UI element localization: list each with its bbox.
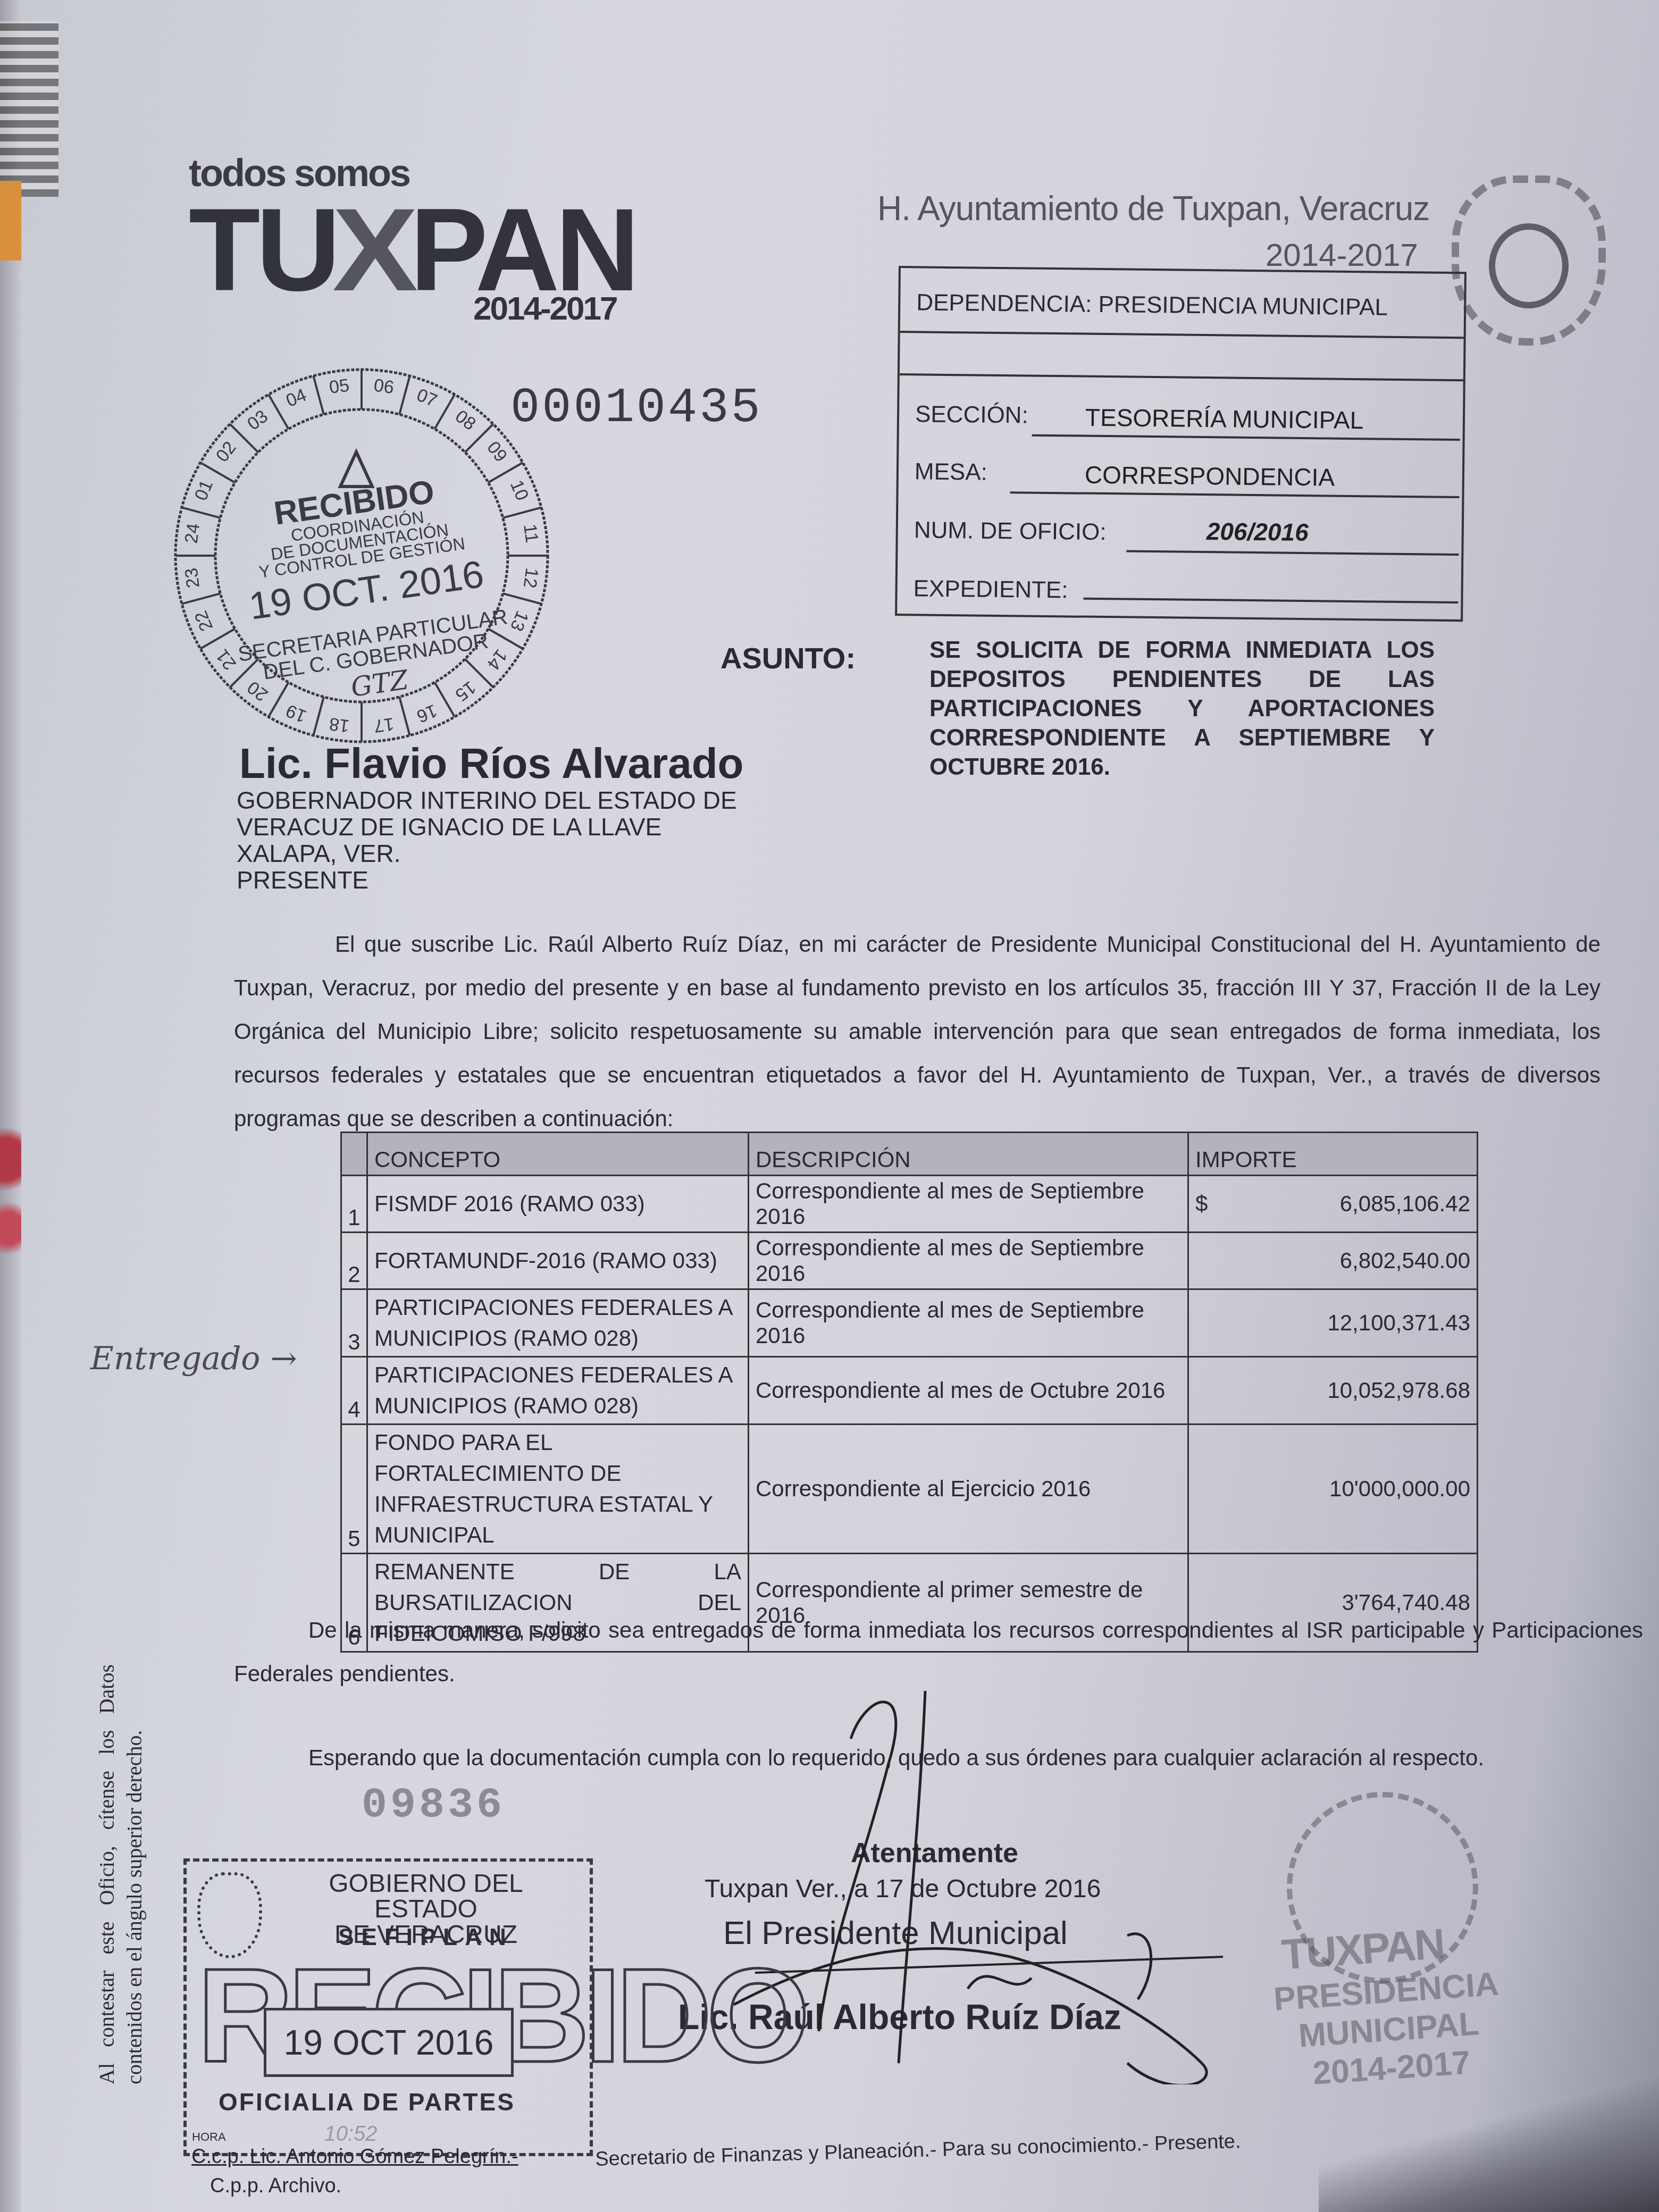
stamp-hour-label: 24 bbox=[181, 522, 204, 544]
coat-of-arms-shield-icon bbox=[1489, 223, 1569, 308]
sefiplan-received-stamp: GOBIERNO DEL ESTADO DE VERACRUZ SEFIPLAN… bbox=[183, 1858, 593, 2156]
stamp-hour-label: 21 bbox=[212, 646, 240, 674]
resources-table: CONCEPTO DESCRIPCIÓN IMPORTE 1FISMDF 201… bbox=[340, 1132, 1478, 1653]
qr-code-fragment bbox=[0, 21, 58, 197]
page-fold-shadow bbox=[1319, 2074, 1659, 2212]
row-number: 1 bbox=[341, 1176, 367, 1233]
row-concepto: FISMDF 2016 (RAMO 033) bbox=[367, 1176, 749, 1233]
addressee-title: GOBERNADOR INTERINO DEL ESTADO DE bbox=[237, 787, 737, 814]
dependencia-label: DEPENDENCIA: bbox=[916, 289, 1092, 317]
header-importe: IMPORTE bbox=[1188, 1133, 1478, 1176]
addressee-state: VERACUZ DE IGNACIO DE LA LLAVE bbox=[237, 814, 737, 840]
addressee-name: Lic. Flavio Ríos Alvarado bbox=[239, 739, 743, 788]
hora-value: 10:52 bbox=[324, 2122, 377, 2146]
dependencia-row: DEPENDENCIA: PRESIDENCIA MUNICIPAL bbox=[916, 289, 1480, 322]
header-descripcion: DESCRIPCIÓN bbox=[749, 1133, 1188, 1176]
logo-x-bird-icon: X bbox=[332, 191, 414, 308]
amount-value: 6,085,106.42 bbox=[1340, 1191, 1470, 1216]
row-descripcion: Correspondiente al mes de Septiembre 201… bbox=[749, 1233, 1188, 1289]
stamp-gov-line1: GOBIERNO DEL ESTADO bbox=[277, 1871, 575, 1922]
expediente-label: EXPEDIENTE: bbox=[913, 575, 1477, 608]
table-row: 1FISMDF 2016 (RAMO 033)Correspondiente a… bbox=[341, 1176, 1478, 1233]
row-concepto: PARTICIPACIONES FEDERALES A MUNICIPIOS (… bbox=[367, 1357, 749, 1425]
receipt-number-stamp: 09836 bbox=[362, 1781, 505, 1830]
row-importe: $6,085,106.42 bbox=[1188, 1176, 1478, 1233]
background-fabric bbox=[0, 1106, 21, 1255]
stamp-date: 19 OCT 2016 bbox=[264, 2008, 514, 2077]
table-row: 4PARTICIPACIONES FEDERALES A MUNICIPIOS … bbox=[341, 1357, 1478, 1425]
logo-years: 2014-2017 bbox=[473, 290, 617, 328]
body-paragraph-1: El que suscribe Lic. Raúl Alberto Ruíz D… bbox=[234, 923, 1601, 1141]
stamp-hour-label: 19 bbox=[283, 700, 309, 727]
stamp-hour-label: 08 bbox=[451, 406, 480, 434]
stamp-hour-label: 03 bbox=[244, 406, 272, 434]
handwritten-entregado-note: Entregado → bbox=[90, 1340, 297, 1377]
stamp-hour-label: 15 bbox=[451, 677, 480, 705]
row-number: 5 bbox=[341, 1425, 367, 1554]
stamp-hour-label: 16 bbox=[414, 700, 440, 727]
side-note-reference-instruction: Al contestar este Oficio, cítense los Da… bbox=[93, 1664, 148, 2084]
oficio-number: 206/2016 bbox=[1206, 517, 1309, 547]
received-round-stamp: 0102030405060708091011121314151617181920… bbox=[165, 362, 558, 750]
stamp-hour-label: 11 bbox=[520, 523, 542, 544]
row-descripcion: Correspondiente al mes de Octubre 2016 bbox=[749, 1357, 1188, 1425]
logo-text-left: TU bbox=[189, 185, 336, 315]
stamp-hour-label: 13 bbox=[506, 608, 533, 634]
triangle-mark-icon bbox=[340, 452, 372, 487]
stamp-hour-label: 05 bbox=[328, 375, 350, 398]
row-descripcion: Correspondiente al Ejercicio 2016 bbox=[749, 1425, 1188, 1554]
ccp-line-2: C.p.p. Archivo. bbox=[210, 2175, 341, 2198]
stamp-hour-label: 04 bbox=[283, 385, 309, 412]
stamp-hour-label: 18 bbox=[328, 714, 350, 736]
divider bbox=[900, 373, 1463, 381]
stamp-hour-label: 22 bbox=[191, 608, 217, 634]
municipality-years: 2014-2017 bbox=[1266, 237, 1418, 273]
row-number: 3 bbox=[341, 1289, 367, 1357]
row-importe: 10,052,978.68 bbox=[1188, 1357, 1478, 1425]
ccp-line-1: C.c.p. Lic. Antonio Gómez Pelegrín.- bbox=[191, 2146, 518, 2168]
row-concepto: FORTAMUNDF-2016 (RAMO 033) bbox=[367, 1233, 749, 1289]
row-concepto: PARTICIPACIONES FEDERALES A MUNICIPIOS (… bbox=[367, 1289, 749, 1357]
document-reference-box: DEPENDENCIA: PRESIDENCIA MUNICIPAL SECCI… bbox=[895, 266, 1467, 622]
stamp-office: OFICIALIA DE PARTES bbox=[219, 2088, 515, 2116]
stamp-hora: HORA 10:52 bbox=[192, 2122, 378, 2146]
seccion-underline bbox=[1032, 434, 1460, 441]
row-number: 4 bbox=[341, 1357, 367, 1425]
mesa-underline bbox=[1010, 491, 1460, 498]
subject-label: ASUNTO: bbox=[720, 641, 856, 675]
stamp-hour-label: 09 bbox=[483, 438, 511, 466]
row-number: 2 bbox=[341, 1233, 367, 1289]
dependencia-value: PRESIDENCIA MUNICIPAL bbox=[1098, 291, 1388, 321]
header-concepto: CONCEPTO bbox=[367, 1133, 749, 1176]
oficio-underline bbox=[1126, 550, 1459, 556]
municipality-name: H. Ayuntamiento de Tuxpan, Veracruz bbox=[877, 189, 1429, 228]
row-concepto: FONDO PARA EL FORTALECIMIENTO DE INFRAES… bbox=[367, 1425, 749, 1554]
mesa-value: CORRESPONDENCIA bbox=[1085, 460, 1335, 492]
table-row: 5FONDO PARA EL FORTALECIMIENTO DE INFRAE… bbox=[341, 1425, 1478, 1554]
row-descripcion: Correspondiente al mes de Septiembre 201… bbox=[749, 1176, 1188, 1233]
seccion-value: TESORERÍA MUNICIPAL bbox=[1085, 403, 1364, 434]
ccp-recipient: C.c.p. Lic. Antonio Gómez Pelegrín.- bbox=[191, 2146, 518, 2168]
table-header-row: CONCEPTO DESCRIPCIÓN IMPORTE bbox=[341, 1133, 1478, 1176]
table-row: 3PARTICIPACIONES FEDERALES A MUNICIPIOS … bbox=[341, 1289, 1478, 1357]
stamp-hour-label: 10 bbox=[506, 477, 533, 503]
row-importe: 12,100,371.43 bbox=[1188, 1289, 1478, 1357]
subject-text: SE SOLICITA DE FORMA INMEDIATA LOS DEPOS… bbox=[929, 635, 1435, 782]
addressee-city: XALAPA, VER. bbox=[237, 840, 737, 867]
currency-symbol: $ bbox=[1195, 1191, 1208, 1217]
scanned-letter-page: todos somos TUXPAN 2014-2017 H. Ayuntami… bbox=[0, 0, 1659, 2212]
row-importe: 6,802,540.00 bbox=[1188, 1233, 1478, 1289]
stamp-hour-label: 23 bbox=[181, 567, 204, 589]
oficio-label: NUM. DE OFICIO: bbox=[914, 517, 1478, 549]
row-importe: 10'000,000.00 bbox=[1188, 1425, 1478, 1554]
header-num bbox=[341, 1133, 367, 1176]
stamp-hour-label: 06 bbox=[373, 375, 395, 398]
ccp-line-1-rest: Secretario de Finanzas y Planeación.- Pa… bbox=[595, 2130, 1241, 2171]
stamp-hour-label: 07 bbox=[414, 385, 440, 412]
table-row: 2FORTAMUNDF-2016 (RAMO 033)Correspondien… bbox=[341, 1233, 1478, 1289]
divider bbox=[900, 331, 1464, 339]
stamp-hour-label: 17 bbox=[373, 714, 395, 736]
stamp-hour-label: 12 bbox=[520, 567, 542, 589]
stamp-hour-label: 02 bbox=[212, 438, 240, 466]
hora-label: HORA bbox=[192, 2130, 225, 2143]
row-descripcion: Correspondiente al mes de Septiembre 201… bbox=[749, 1289, 1188, 1357]
addressee-presente: PRESENTE bbox=[237, 867, 737, 893]
addressee-details: GOBERNADOR INTERINO DEL ESTADO DE VERACU… bbox=[237, 787, 737, 893]
stamp-hour-label: 01 bbox=[191, 477, 217, 503]
orange-object-edge bbox=[0, 181, 21, 261]
